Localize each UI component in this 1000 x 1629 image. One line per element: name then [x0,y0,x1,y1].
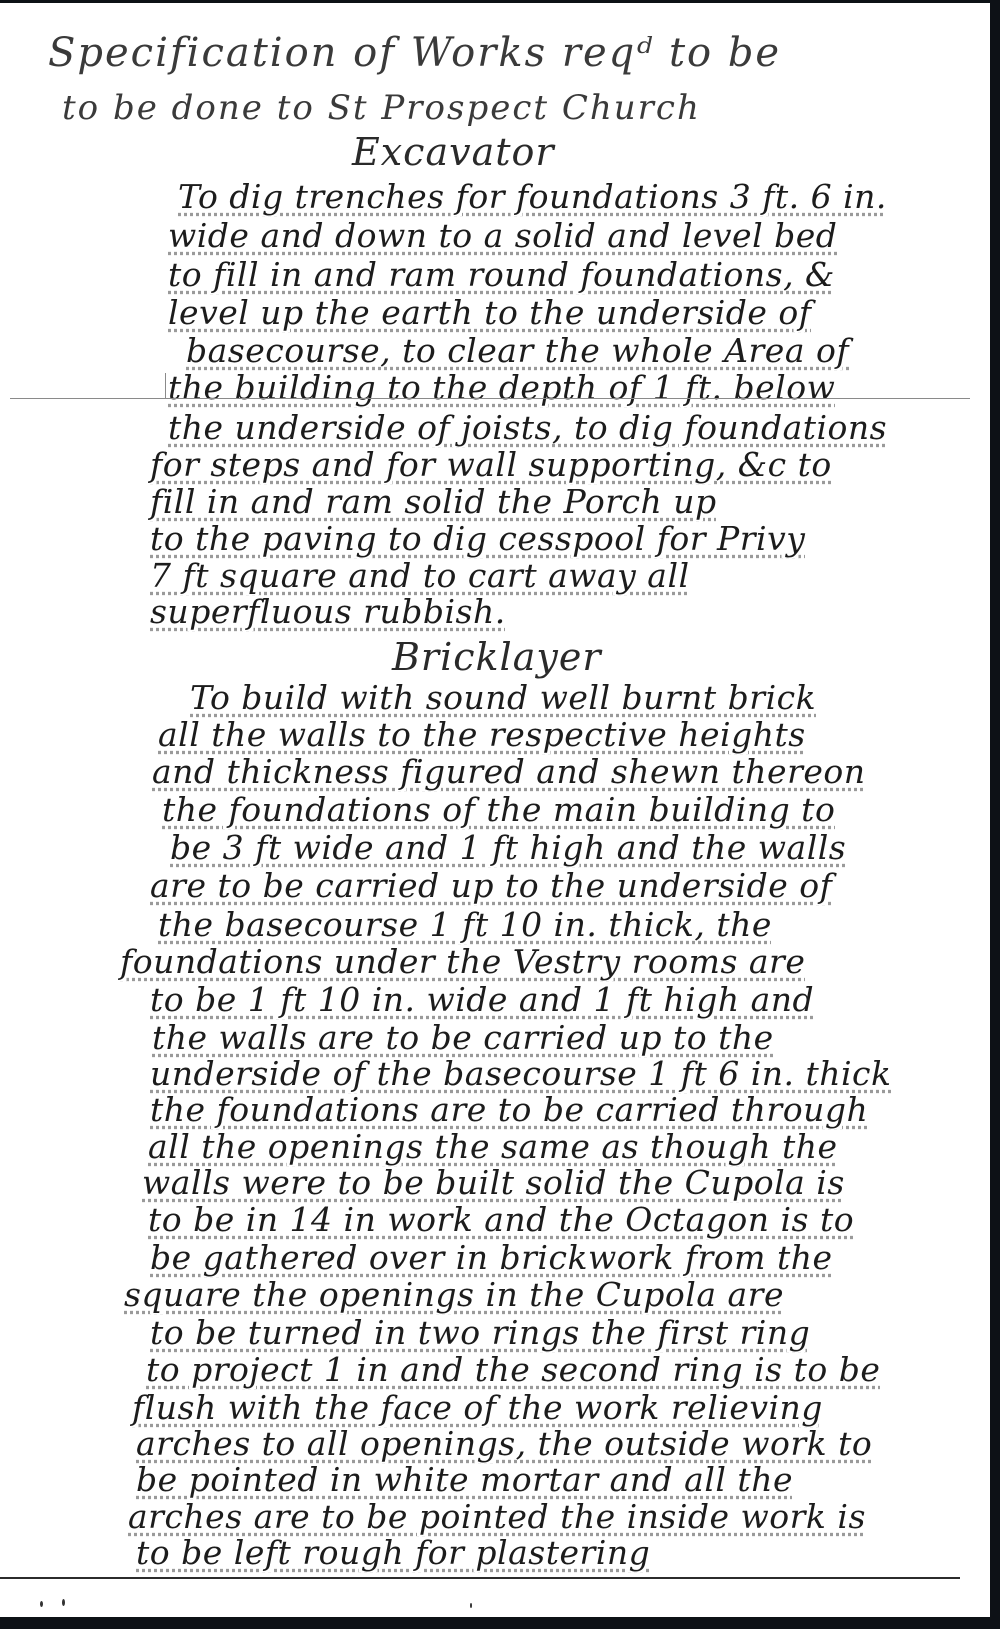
scan-speck [62,1599,65,1606]
bricklayer-line-3: and thickness figured and shewn thereon [152,755,866,788]
bricklayer-line-8: foundations under the Vestry rooms are [120,945,805,978]
bricklayer-line-24: to be left rough for plastering [136,1536,650,1569]
bricklayer-line-7: the basecourse 1 ft 10 in. thick, the [158,908,772,941]
bricklayer-line-18: to be turned in two rings the first ring [150,1316,810,1349]
excavator-line-8: for steps and for wall supporting, &c to [150,448,832,481]
bricklayer-line-14: walls were to be built solid the Cupola … [142,1166,845,1199]
excavator-line-11: 7 ft square and to cart away all [150,559,690,592]
excavator-line-10: to the paving to dig cesspool for Privy [150,522,805,555]
bricklayer-line-1: To build with sound well burnt brick [190,681,816,714]
bricklayer-line-2: all the walls to the respective heights [158,718,806,751]
margin-box-top [10,398,970,399]
bricklayer-line-21: arches to all openings, the outside work… [136,1427,872,1460]
scan-speck [470,1603,472,1608]
section-heading-excavator: Excavator [352,133,555,171]
excavator-line-6: the building to the depth of 1 ft. below [168,371,835,404]
excavator-line-3: to fill in and ram round foundations, & [168,258,835,291]
scan-speck [40,1601,43,1607]
bricklayer-line-9: to be 1 ft 10 in. wide and 1 ft high and [150,983,814,1016]
excavator-line-2: wide and down to a solid and level bed [168,219,837,252]
bricklayer-line-19: to project 1 in and the second ring is t… [146,1353,880,1386]
excavator-line-5: basecourse, to clear the whole Area of [186,334,849,367]
bricklayer-line-5: be 3 ft wide and 1 ft high and the walls [170,831,846,864]
bricklayer-line-12: the foundations are to be carried throug… [150,1093,868,1126]
document-title-line-2: to be done to St Prospect Church [62,91,701,125]
bricklayer-line-16: be gathered over in brickwork from the [150,1241,833,1274]
bricklayer-line-20: flush with the face of the work relievin… [132,1391,823,1424]
excavator-line-9: fill in and ram solid the Porch up [150,485,717,518]
scanned-page: Specification of Works reqᵈ to be to be … [0,3,990,1617]
excavator-line-1: To dig trenches for foundations 3 ft. 6 … [178,180,887,213]
excavator-line-7: the underside of joists, to dig foundati… [168,411,887,444]
excavator-line-12: superfluous rubbish. [150,595,506,628]
bottom-rule-line [0,1577,960,1579]
bricklayer-line-10: the walls are to be carried up to the [152,1021,774,1054]
section-heading-bricklayer: Bricklayer [392,638,601,676]
document-title-line-1: Specification of Works reqᵈ to be [48,33,781,73]
bricklayer-line-15: to be in 14 in work and the Octagon is t… [148,1203,854,1236]
excavator-line-4: level up the earth to the underside of [168,296,812,329]
bricklayer-line-23: arches are to be pointed the inside work… [128,1500,866,1533]
bricklayer-line-4: the foundations of the main building to [162,793,835,826]
bricklayer-line-6: are to be carried up to the underside of [150,869,832,902]
bricklayer-line-17: square the openings in the Cupola are [124,1278,784,1311]
bricklayer-line-13: all the openings the same as though the [148,1130,838,1163]
bricklayer-line-11: underside of the basecourse 1 ft 6 in. t… [150,1057,892,1090]
bricklayer-line-22: be pointed in white mortar and all the [136,1463,793,1496]
margin-box-side [165,373,166,399]
